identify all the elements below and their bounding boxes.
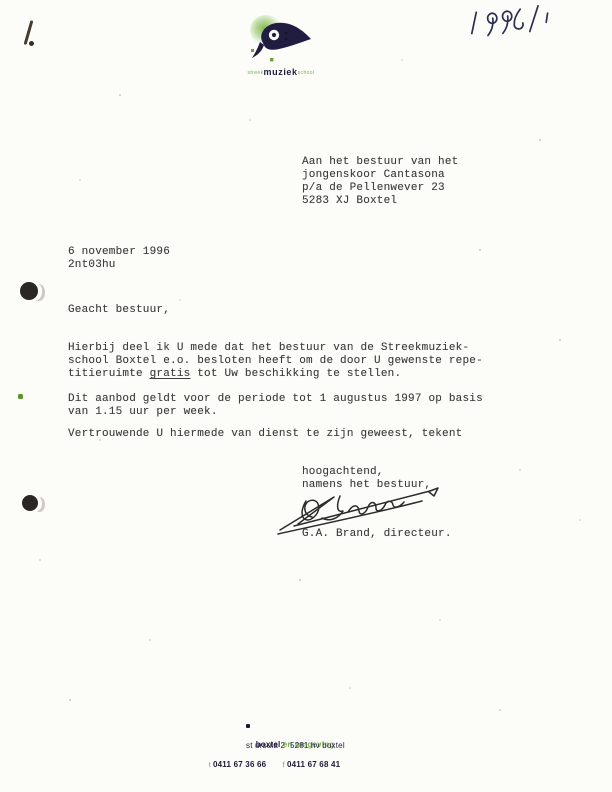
recipient-line: jongenskoor Cantasona xyxy=(302,169,458,182)
closing-line: hoogachtend, xyxy=(302,466,431,479)
hole-punch-bottom xyxy=(22,495,38,511)
body-line: school Boxtel e.o. besloten heeft om de … xyxy=(68,355,483,368)
footer-telephone: t 0411 67 36 66 xyxy=(199,751,266,778)
body-text-post: tot Uw beschikking te stellen. xyxy=(190,368,401,380)
footer-address: st ursula 2 5281 hv boxtel xyxy=(246,741,345,750)
scanned-letter-page: streekmuziekschool Aan het bestuur van h… xyxy=(0,0,612,792)
recipient-line: 5283 XJ Boxtel xyxy=(302,195,458,208)
body-paragraph-1: Hierbij deel ik U mede dat het bestuur v… xyxy=(68,342,483,381)
footer-bullet-icon xyxy=(246,724,250,728)
footer-tel-number: 0411 67 36 66 xyxy=(213,760,266,769)
logo-word-muziek: muziek xyxy=(264,67,298,77)
green-ink-speck xyxy=(18,394,23,399)
recipient-line: Aan het bestuur van het xyxy=(302,156,458,169)
body-line: Hierbij deel ik U mede dat het bestuur v… xyxy=(68,342,483,355)
logo-word-streek: streek xyxy=(247,70,263,76)
body-text-pre: titieruimte xyxy=(68,368,150,380)
body-line: van 1.15 uur per week. xyxy=(68,406,483,419)
hole-punch-top xyxy=(20,282,38,300)
letter-date: 6 november 1996 xyxy=(68,246,170,259)
date-block: 6 november 1996 2nt03hu xyxy=(68,246,170,272)
signer-name: G.A. Brand, directeur. xyxy=(302,528,452,541)
underlined-word-gratis: gratis xyxy=(150,368,191,380)
salutation: Geacht bestuur, xyxy=(68,304,170,317)
handwritten-reference xyxy=(463,4,553,38)
footer-fax: f 0411 67 68 41 xyxy=(273,751,340,778)
body-line: Dit aanbod geldt voor de periode tot 1 a… xyxy=(68,393,483,406)
staple-mark-end xyxy=(29,41,34,46)
footer-fax-number: 0411 67 68 41 xyxy=(287,760,340,769)
logo-wordmark: streekmuziekschool xyxy=(236,62,326,80)
body-paragraph-2: Dit aanbod geldt voor de periode tot 1 a… xyxy=(68,393,483,419)
letter-ref-code: 2nt03hu xyxy=(68,259,170,272)
body-line: titieruimte gratis tot Uw beschikking te… xyxy=(68,368,483,381)
body-paragraph-3: Vertrouwende U hiermede van dienst te zi… xyxy=(68,428,462,441)
recipient-line: p/a de Pellenwever 23 xyxy=(302,182,458,195)
recipient-address-block: Aan het bestuur van het jongenskoor Cant… xyxy=(302,156,458,208)
logo-word-school: school xyxy=(298,70,315,76)
music-school-logo-icon xyxy=(243,10,315,64)
